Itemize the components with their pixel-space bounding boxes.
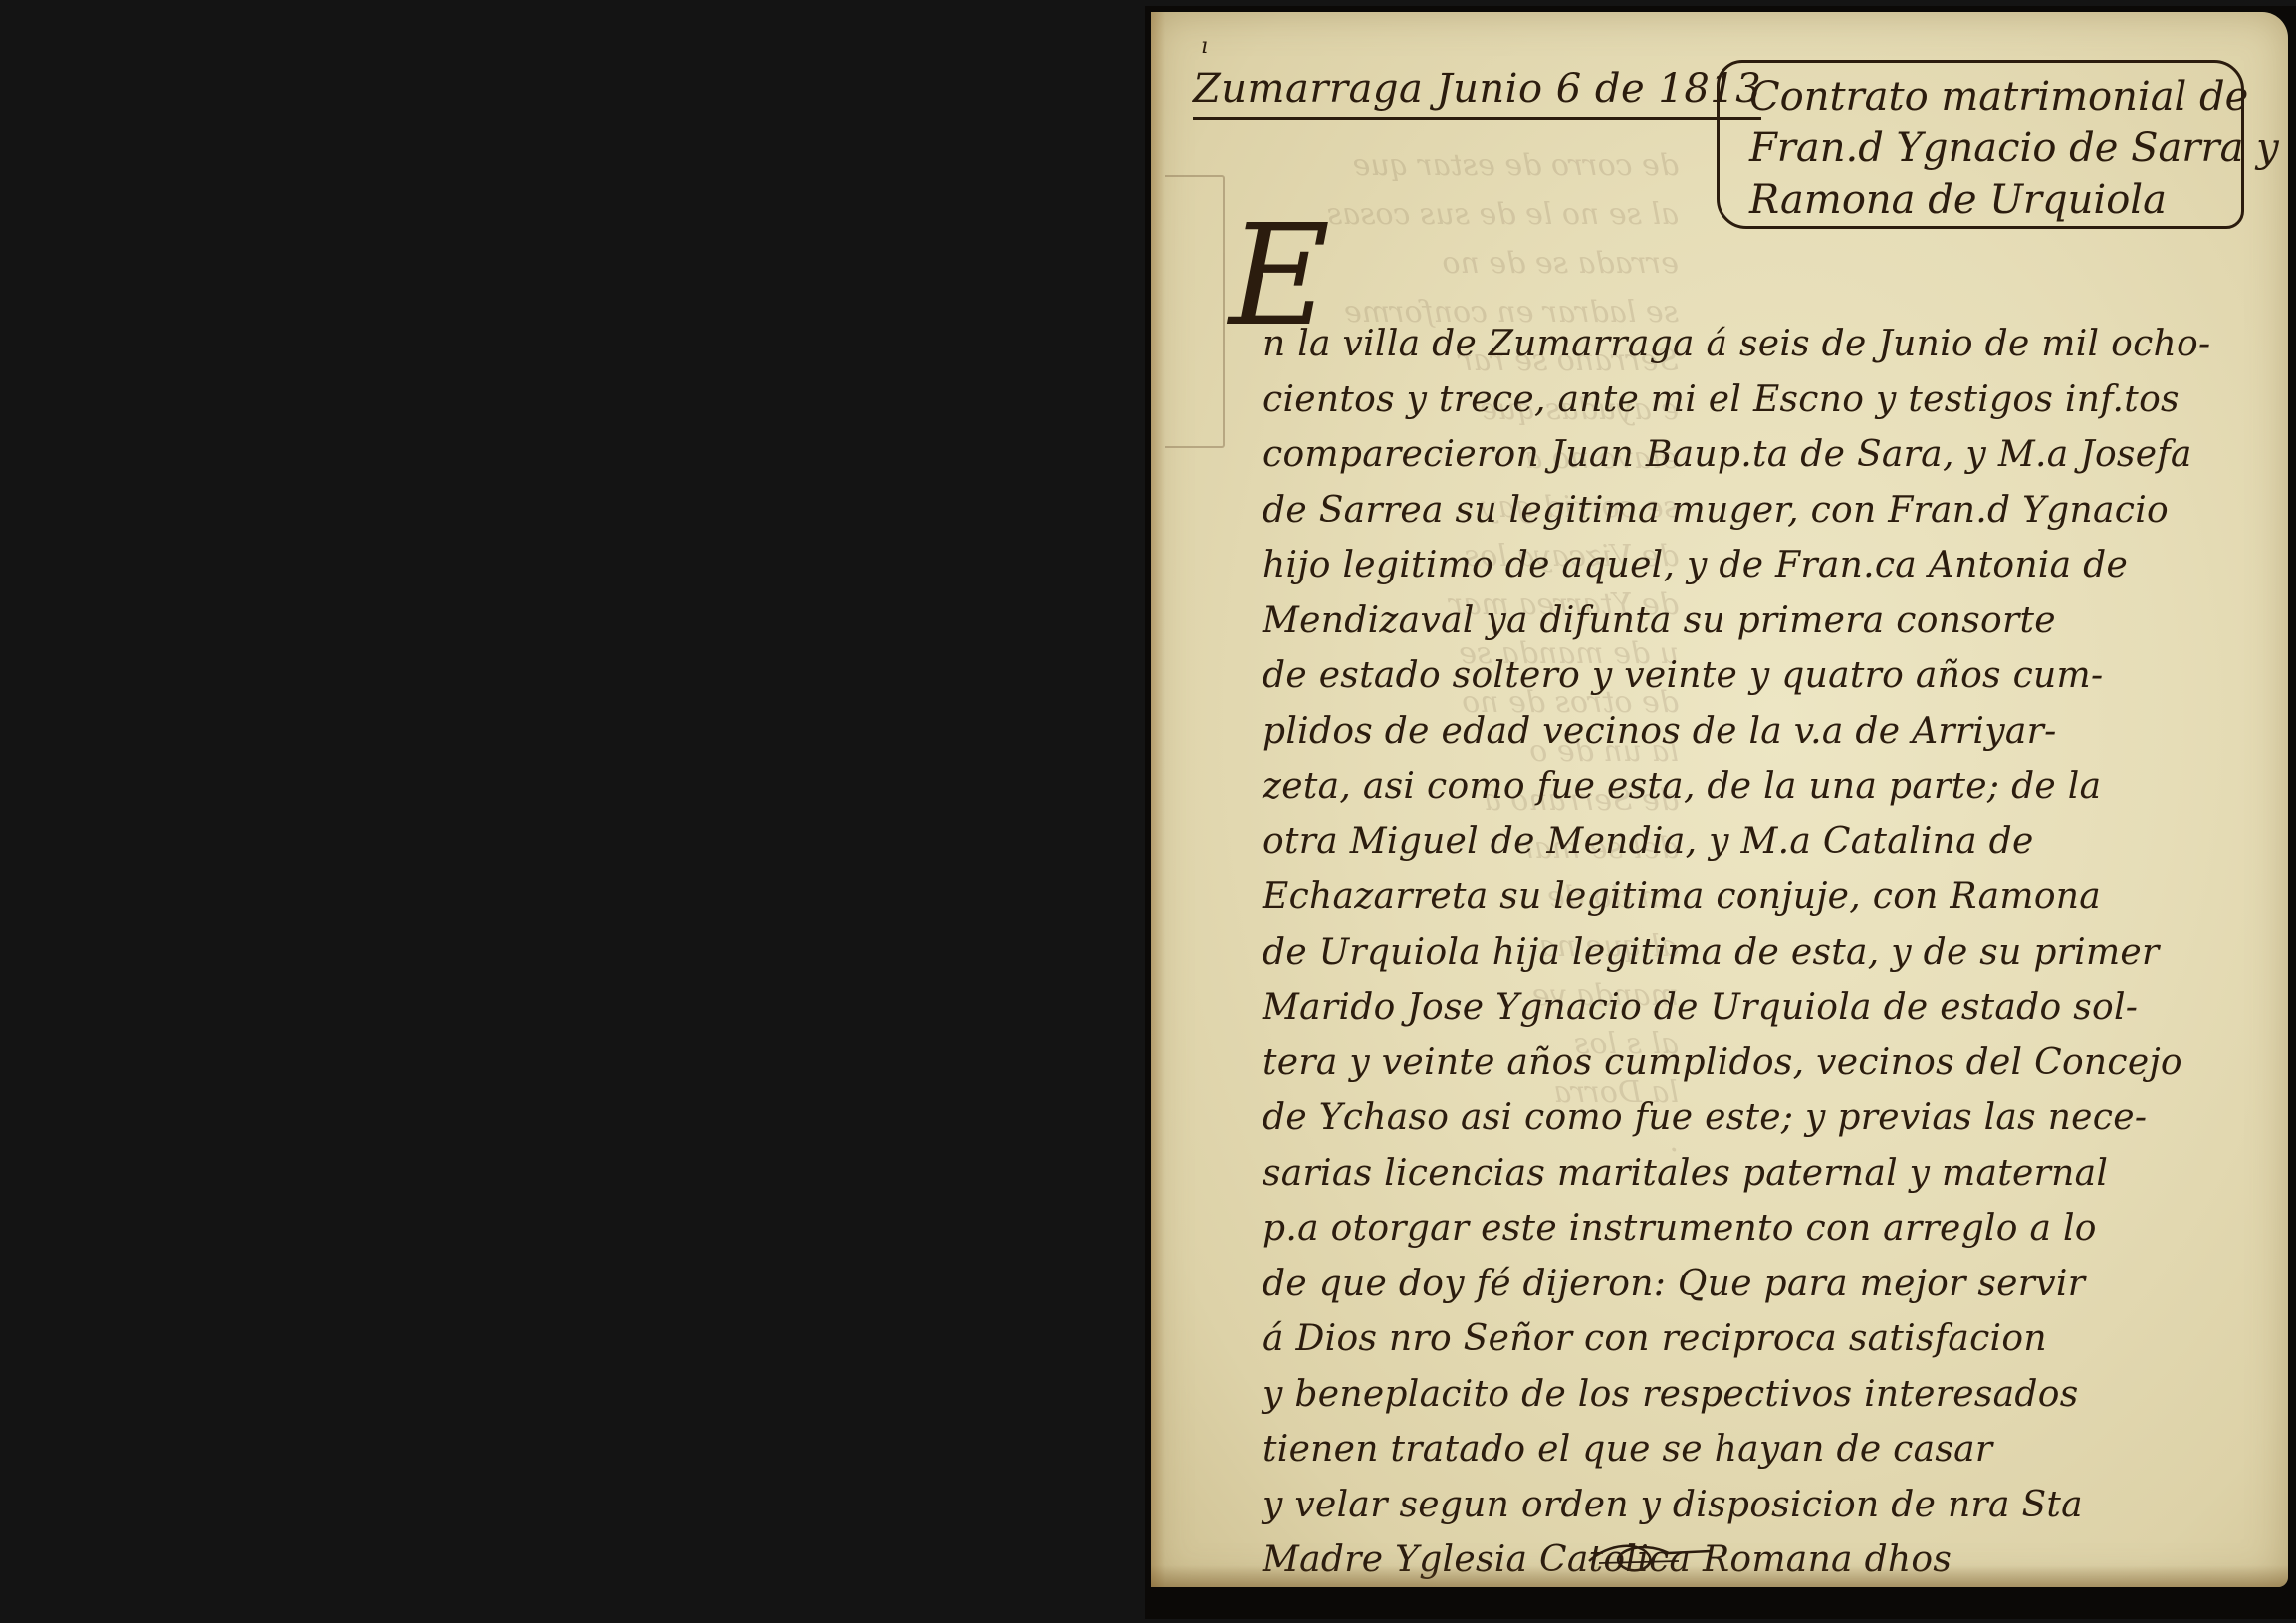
- body-line: comparecieron Juan Baup.ta de Sara, y M.…: [1263, 427, 2268, 483]
- title-line: Ramona de Urquiola: [1749, 174, 2217, 226]
- ink-flourish-icon: [1579, 1533, 1719, 1577]
- body-line: sarias licencias maritales paternal y ma…: [1263, 1146, 2268, 1202]
- body-text: n la villa de Zumarraga á seis de Junio …: [1263, 317, 2268, 1587]
- body-line: de que doy fé dijeron: Que para mejor se…: [1263, 1257, 2268, 1312]
- body-line: Mendizaval ya difunta su primera consort…: [1263, 593, 2268, 649]
- body-line: hijo legitimo de aquel, y de Fran.ca Ant…: [1263, 538, 2268, 593]
- header-place-date: Zumarraga Junio 6 de 1813: [1193, 66, 1761, 120]
- body-line: p.a otorgar este instrumento con arreglo…: [1263, 1201, 2268, 1257]
- body-line: Marido Jose Ygnacio de Urquiola de estad…: [1263, 980, 2268, 1036]
- body-line: de Ychaso asi como fue este; y previas l…: [1263, 1090, 2268, 1146]
- margin-fold-tab: [1165, 175, 1225, 448]
- body-line: otra Miguel de Mendia, y M.a Catalina de: [1263, 814, 2268, 870]
- body-line: cientos y trece, ante mi el Escno y test…: [1263, 372, 2268, 428]
- body-line: Madre Yglesia Catolica Romana dhos: [1263, 1532, 2268, 1587]
- body-line: n la villa de Zumarraga á seis de Junio …: [1263, 317, 2268, 372]
- body-line: zeta, asi como fue esta, de la una parte…: [1263, 759, 2268, 814]
- manuscript-page: de corro de estar que al se no le de sus…: [1151, 12, 2288, 1587]
- body-line: á Dios nro Señor con reciproca satisfaci…: [1263, 1311, 2268, 1367]
- body-line: tienen tratado el que se hayan de casar: [1263, 1422, 2268, 1478]
- body-line: y beneplacito de los respectivos interes…: [1263, 1367, 2268, 1423]
- title-box: Contrato matrimonial de Fran.d Ygnacio d…: [1717, 60, 2244, 229]
- body-line: de Urquiola hija legitima de esta, y de …: [1263, 925, 2268, 981]
- header-mark: ı: [1201, 34, 1208, 59]
- body-line: de Sarrea su legitima muger, con Fran.d …: [1263, 483, 2268, 539]
- body-line: Echazarreta su legitima conjuje, con Ram…: [1263, 869, 2268, 925]
- title-line: Contrato matrimonial de: [1749, 71, 2217, 122]
- document-viewer: de corro de estar que al se no le de sus…: [0, 0, 2296, 1623]
- body-line: plidos de edad vecinos de la v.a de Arri…: [1263, 704, 2268, 760]
- title-line: Fran.d Ygnacio de Sarra y: [1749, 122, 2217, 174]
- body-line: de estado soltero y veinte y quatro años…: [1263, 648, 2268, 704]
- body-line: y velar segun orden y disposicion de nra…: [1263, 1478, 2268, 1533]
- body-line: tera y veinte años cumplidos, vecinos de…: [1263, 1036, 2268, 1091]
